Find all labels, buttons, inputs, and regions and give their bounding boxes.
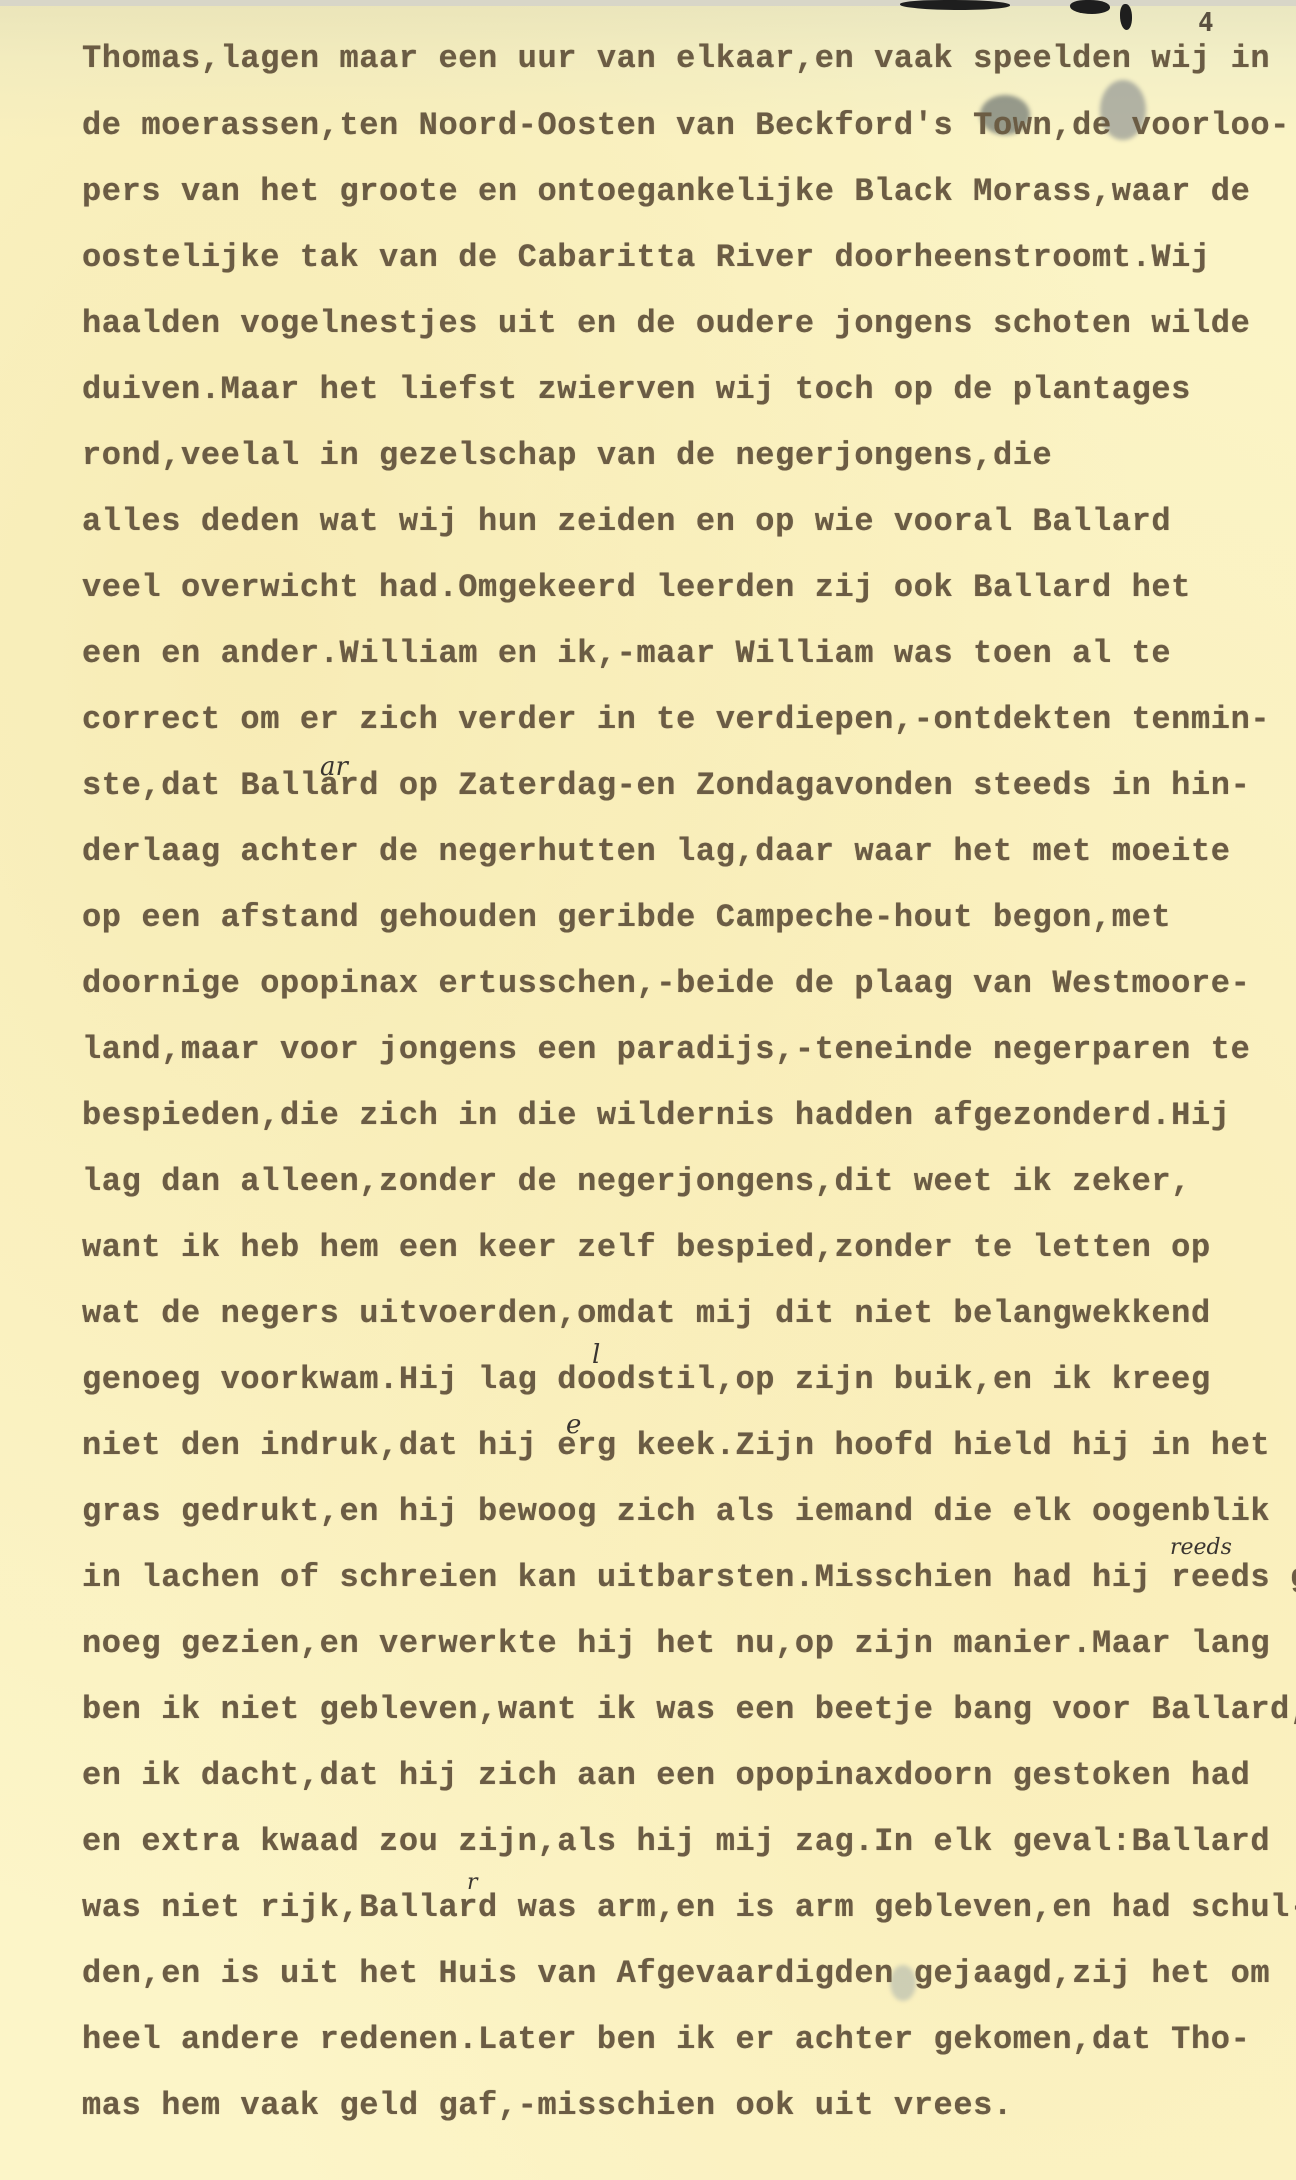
handwritten-correction: reeds: [1170, 1535, 1232, 1560]
text-line: haalden vogelnestjes uit en de oudere jo…: [82, 305, 1250, 342]
text-line: veel overwicht had.Omgekeerd leerden zij…: [82, 569, 1191, 606]
text-line: ben ik niet gebleven,want ik was een bee…: [82, 1691, 1296, 1728]
text-line: lag dan alleen,zonder de negerjongens,di…: [82, 1163, 1191, 1200]
text-line: want ik heb hem een keer zelf bespied,zo…: [82, 1229, 1211, 1266]
text-line: de moerassen,ten Noord-Oosten van Beckfo…: [82, 107, 1290, 144]
handwritten-correction: ar: [320, 752, 348, 782]
text-line: in lachen of schreien kan uitbarsten.Mis…: [82, 1559, 1296, 1596]
text-line: duiven.Maar het liefst zwierven wij toch…: [82, 371, 1191, 408]
text-line: doornige opopinax ertusschen,-beide de p…: [82, 965, 1250, 1002]
text-line: oostelijke tak van de Cabaritta River do…: [82, 239, 1211, 276]
ink-blot: [1070, 0, 1110, 14]
text-line: en extra kwaad zou zijn,als hij mij zag.…: [82, 1823, 1270, 1860]
text-line: was niet rijk,Ballard was arm,en is arm …: [82, 1889, 1296, 1926]
text-line: noeg gezien,en verwerkte hij het nu,op z…: [82, 1625, 1270, 1662]
text-line: rond,veelal in gezelschap van de negerjo…: [82, 437, 1052, 474]
text-line: den,en is uit het Huis van Afgevaardigde…: [82, 1955, 1270, 1992]
text-line: wat de negers uitvoerden,omdat mij dit n…: [82, 1295, 1211, 1332]
handwritten-correction: e: [566, 1410, 581, 1440]
text-line: derlaag achter de negerhutten lag,daar w…: [82, 833, 1231, 870]
page-number: 4: [1198, 8, 1214, 38]
text-line: pers van het groote en ontoegankelijke B…: [82, 173, 1250, 210]
text-line: bespieden,die zich in die wildernis hadd…: [82, 1097, 1231, 1134]
ink-blot: [900, 0, 1010, 10]
text-line: niet den indruk,dat hij erg keek.Zijn ho…: [82, 1427, 1270, 1464]
ink-blot: [1120, 4, 1132, 30]
text-line: land,maar voor jongens een paradijs,-ten…: [82, 1031, 1250, 1068]
text-line: heel andere redenen.Later ben ik er acht…: [82, 2021, 1250, 2058]
text-line: op een afstand gehouden geribde Campeche…: [82, 899, 1171, 936]
text-line: mas hem vaak geld gaf,-misschien ook uit…: [82, 2087, 1013, 2124]
text-line: genoeg voorkwam.Hij lag doodstil,op zijn…: [82, 1361, 1211, 1398]
text-line: ste,dat Ballard op Zaterdag-en Zondagavo…: [82, 767, 1250, 804]
text-line: alles deden wat wij hun zeiden en op wie…: [82, 503, 1171, 540]
handwritten-correction: r: [467, 1870, 478, 1895]
text-line: een en ander.William en ik,-maar William…: [82, 635, 1171, 672]
text-line: gras gedrukt,en hij bewoog zich als iema…: [82, 1493, 1270, 1530]
handwritten-correction: l: [592, 1340, 600, 1370]
text-line: Thomas,lagen maar een uur van elkaar,en …: [82, 40, 1270, 77]
text-line: correct om er zich verder in te verdiepe…: [82, 701, 1270, 738]
text-line: en ik dacht,dat hij zich aan een opopina…: [82, 1757, 1250, 1794]
typewritten-page: 4 Thomas,lagen maar een uur van elkaar,e…: [0, 0, 1296, 2180]
